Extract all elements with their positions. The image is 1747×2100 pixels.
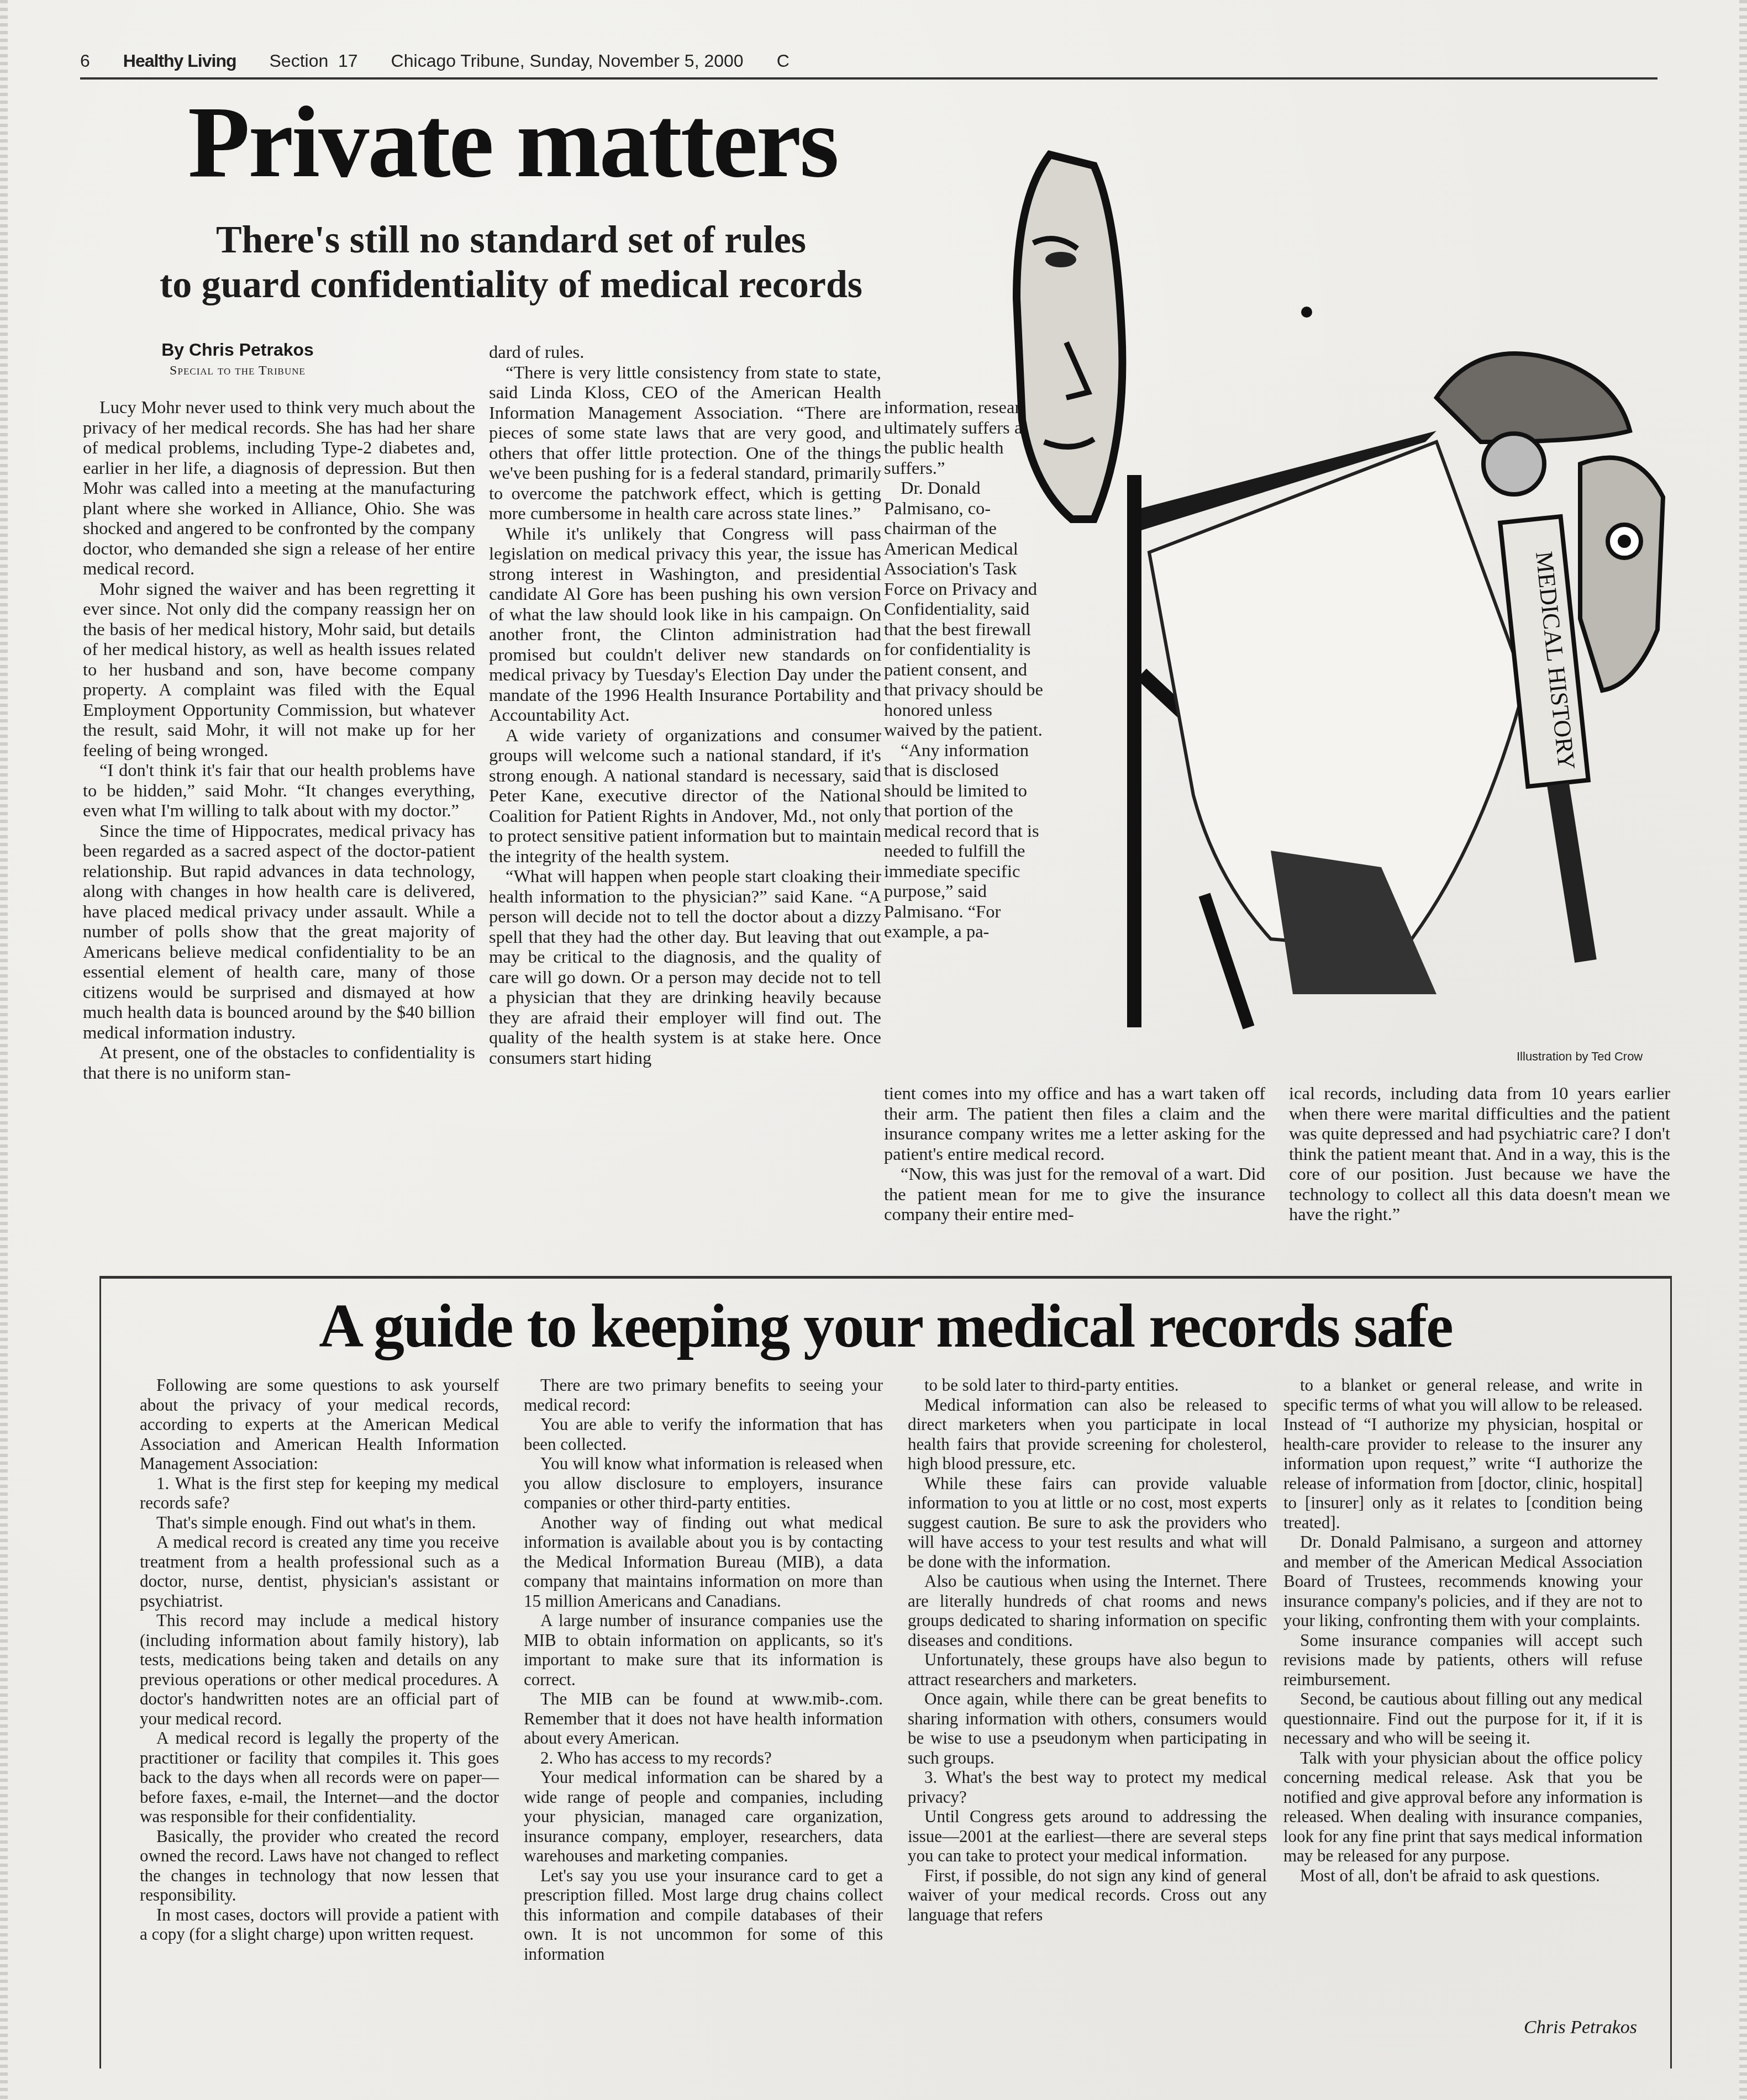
scan-edge-left <box>0 0 8 2100</box>
paragraph: That's simple enough. Find out what's in… <box>140 1513 499 1533</box>
paragraph: Let's say you use your insurance card to… <box>524 1866 883 1964</box>
edition-letter: C <box>777 51 790 71</box>
byline: By Chris Petrakos Special to the Tribune <box>83 340 392 378</box>
paragraph: ical records, including data from 10 yea… <box>1289 1084 1670 1225</box>
paragraph: “Now, this was just for the removal of a… <box>884 1164 1265 1225</box>
paragraph: A wide variety of organizations and cons… <box>489 726 881 867</box>
paragraph: At present, one of the obstacles to conf… <box>83 1043 475 1083</box>
paragraph: Lucy Mohr never used to think very much … <box>83 398 475 579</box>
section-name: Healthy Living <box>123 51 236 71</box>
article-column-2: dard of rules.“There is very little cons… <box>489 342 881 1068</box>
byline-affiliation: Special to the Tribune <box>83 363 392 378</box>
paragraph: Mohr signed the waiver and has been regr… <box>83 579 475 761</box>
paragraph: Until Congress gets around to addressing… <box>908 1807 1267 1866</box>
paragraph: While these fairs can provide valuable i… <box>908 1474 1267 1572</box>
paragraph: to be sold later to third-party entities… <box>908 1375 1267 1395</box>
deck-line: to guard confidentiality of medical reco… <box>110 263 912 308</box>
newspaper-page: 6 Healthy Living Section 17 Chicago Trib… <box>0 0 1747 2100</box>
paragraph: Some insurance companies will accept suc… <box>1283 1631 1643 1690</box>
paragraph: A medical record is legally the property… <box>140 1728 499 1827</box>
paragraph: Dr. Donald Palmisano, a surgeon and atto… <box>1283 1532 1643 1631</box>
illustration-credit: Illustration by Ted Crow <box>1517 1049 1643 1064</box>
paragraph: Basically, the provider who created the … <box>140 1827 499 1905</box>
paragraph: Following are some questions to ask your… <box>140 1375 499 1474</box>
paragraph: 3. What's the best way to protect my med… <box>908 1767 1267 1807</box>
paragraph: This record may include a medical histor… <box>140 1611 499 1728</box>
section-label: Section 17 <box>270 51 358 71</box>
paragraph: You will know what information is releas… <box>524 1454 883 1513</box>
guide-signature: Chris Petrakos <box>1524 2017 1637 2038</box>
deck-line: There's still no standard set of rules <box>110 218 912 263</box>
paragraph: “I don't think it's fair that our health… <box>83 761 475 821</box>
paragraph: 1. What is the first step for keeping my… <box>140 1474 499 1513</box>
paragraph: Unfortunately, these groups have also be… <box>908 1650 1267 1689</box>
paragraph: Your medical information can be shared b… <box>524 1767 883 1866</box>
paragraph: Second, be cautious about filling out an… <box>1283 1689 1643 1748</box>
illustration-medical-history: MEDICAL HISTORY <box>983 133 1680 1044</box>
paragraph: “There is very little consistency from s… <box>489 363 881 524</box>
article-column-1: Lucy Mohr never used to think very much … <box>83 398 475 1083</box>
byline-name: By Chris Petrakos <box>83 340 392 360</box>
paragraph: First, if possible, do not sign any kind… <box>908 1866 1267 1925</box>
paragraph: You are able to verify the information t… <box>524 1415 883 1454</box>
paragraph: 2. Who has access to my records? <box>524 1748 883 1768</box>
paragraph: While it's unlikely that Congress will p… <box>489 524 881 726</box>
guide-column-4: to a blanket or general release, and wri… <box>1283 1375 1643 1885</box>
paragraph: A large number of insurance companies us… <box>524 1611 883 1689</box>
paragraph: Medical information can also be released… <box>908 1395 1267 1474</box>
article-column-5: ical records, including data from 10 yea… <box>1289 1084 1670 1225</box>
paragraph: Once again, while there can be great ben… <box>908 1689 1267 1767</box>
paragraph: to a blanket or general release, and wri… <box>1283 1375 1643 1532</box>
paragraph: There are two primary benefits to seeing… <box>524 1375 883 1415</box>
page-number: 6 <box>80 51 90 71</box>
guide-title: A guide to keeping your medical records … <box>101 1295 1670 1357</box>
paragraph: dard of rules. <box>489 342 881 363</box>
page-folio: 6 Healthy Living Section 17 Chicago Trib… <box>80 47 823 75</box>
paper-date: Chicago Tribune, Sunday, November 5, 200… <box>391 51 744 71</box>
article-headline: Private matters <box>188 91 838 193</box>
paragraph: “What will happen when people start cloa… <box>489 867 881 1068</box>
paragraph: A medical record is created any time you… <box>140 1532 499 1611</box>
article-column-4: tient comes into my office and has a war… <box>884 1084 1265 1225</box>
paragraph: Most of all, don't be afraid to ask ques… <box>1283 1866 1643 1886</box>
folio-rule <box>80 77 1657 80</box>
paragraph: tient comes into my office and has a war… <box>884 1084 1265 1164</box>
paragraph: The MIB can be found at www.mib-.com. Re… <box>524 1689 883 1748</box>
guide-column-3: to be sold later to third-party entities… <box>908 1375 1267 1924</box>
paragraph: Also be cautious when using the Internet… <box>908 1571 1267 1650</box>
article-deck: There's still no standard set of rules t… <box>110 218 912 307</box>
guide-sidebar-box: A guide to keeping your medical records … <box>99 1276 1672 2069</box>
guide-column-2: There are two primary benefits to seeing… <box>524 1375 883 1964</box>
scan-edge-right <box>1739 0 1747 2100</box>
paragraph: Another way of finding out what medical … <box>524 1513 883 1611</box>
paragraph: In most cases, doctors will provide a pa… <box>140 1905 499 1944</box>
guide-column-1: Following are some questions to ask your… <box>140 1375 499 1944</box>
paragraph: Talk with your physician about the offic… <box>1283 1748 1643 1866</box>
paragraph: Since the time of Hippocrates, medical p… <box>83 821 475 1043</box>
